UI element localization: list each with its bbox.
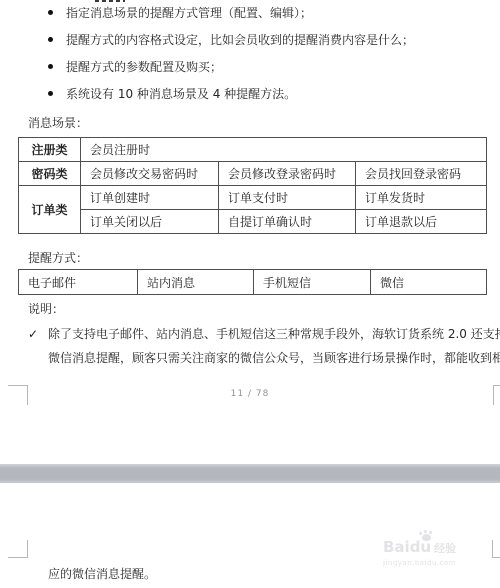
table-cell: 站内消息 bbox=[138, 270, 254, 295]
reminder-section-label: 提醒方式： bbox=[28, 251, 88, 265]
bullet-item: 提醒方式的参数配置及购买； bbox=[48, 60, 222, 74]
watermark-suffix-text: 经验 bbox=[434, 542, 456, 555]
table-row: 电子邮件 站内消息 手机短信 微信 bbox=[19, 270, 487, 295]
page-number: 11 / 78 bbox=[0, 389, 500, 399]
bullet-icon bbox=[48, 37, 53, 42]
table-cell: 订单创建时 bbox=[81, 186, 219, 210]
bullet-item: 系统设有 10 种消息场景及 4 种提醒方法。 bbox=[48, 87, 296, 101]
bullet-item: 指定消息场景的提醒方式管理（配置、编辑）； bbox=[48, 6, 312, 20]
bullet-text: 提醒方式的参数配置及购买； bbox=[66, 60, 222, 74]
bullet-text: 系统设有 10 种消息场景及 4 种提醒方法。 bbox=[66, 87, 296, 101]
table-cell: 订单支付时 bbox=[219, 186, 356, 210]
document-page-view: 指定消息场景的提醒方式管理（配置、编辑）； 提醒方式的内容格式设定，比如会员收到… bbox=[0, 0, 500, 588]
table-cell: 微信 bbox=[371, 270, 487, 295]
table-row: 注册类 会员注册时 bbox=[19, 138, 487, 162]
row-header-order: 订单类 bbox=[19, 186, 81, 234]
watermark-brand-row: Baidu经验 bbox=[383, 536, 493, 558]
table-cell: 会员注册时 bbox=[81, 138, 487, 162]
table-cell: 会员修改交易密码时 bbox=[81, 162, 219, 186]
row-header-password: 密码类 bbox=[19, 162, 81, 186]
table-cell: 订单关闭以后 bbox=[81, 210, 219, 234]
checkmark-icon: ✓ bbox=[28, 327, 38, 341]
table-cell: 订单退款以后 bbox=[356, 210, 487, 234]
table-row: 订单关闭以后 自提订单确认时 订单退款以后 bbox=[19, 210, 487, 234]
clipped-text-fragment bbox=[95, 0, 125, 2]
table-row: 密码类 会员修改交易密码时 会员修改登录密码时 会员找回登录密码 bbox=[19, 162, 487, 186]
table-cell: 电子邮件 bbox=[19, 270, 138, 295]
table-cell: 手机短信 bbox=[254, 270, 371, 295]
bullet-icon bbox=[48, 91, 53, 96]
scenario-table: 注册类 会员注册时 密码类 会员修改交易密码时 会员修改登录密码时 会员找回登录… bbox=[18, 137, 487, 234]
table-cell: 会员找回登录密码 bbox=[356, 162, 487, 186]
notes-section-label: 说明： bbox=[28, 302, 64, 316]
paw-icon bbox=[419, 530, 437, 542]
table-cell: 会员修改登录密码时 bbox=[219, 162, 356, 186]
continuation-text: 应的微信消息提醒。 bbox=[48, 567, 156, 582]
note-text-line: 微信消息提醒，顾客只需关注商家的微信公众号，当顾客进行场景操作时，都能收到相 bbox=[48, 351, 479, 365]
table-cell: 自提订单确认时 bbox=[219, 210, 356, 234]
margin-mark-top-left bbox=[8, 540, 28, 558]
reminder-table: 电子邮件 站内消息 手机短信 微信 bbox=[18, 269, 487, 295]
table-cell: 订单发货时 bbox=[356, 186, 487, 210]
baidu-watermark: Baidu经验 jingyan.baidu.com bbox=[383, 536, 493, 567]
margin-mark-top-right bbox=[492, 540, 500, 558]
table-row: 订单类 订单创建时 订单支付时 订单发货时 bbox=[19, 186, 487, 210]
bullet-icon bbox=[48, 64, 53, 69]
row-header-register: 注册类 bbox=[19, 138, 81, 162]
bullet-item: 提醒方式的内容格式设定，比如会员收到的提醒消费内容是什么； bbox=[48, 33, 414, 47]
note-text-line: 除了支持电子邮件、站内消息、手机短信这三种常规手段外，海软订货系统 2.0 还支… bbox=[48, 327, 479, 341]
bullet-text: 提醒方式的内容格式设定，比如会员收到的提醒消费内容是什么； bbox=[66, 33, 414, 47]
scenario-section-label: 消息场景： bbox=[28, 116, 88, 130]
watermark-url: jingyan.baidu.com bbox=[383, 559, 493, 567]
bullet-icon bbox=[48, 10, 53, 15]
bullet-text: 指定消息场景的提醒方式管理（配置、编辑）； bbox=[66, 6, 312, 20]
page-separator bbox=[0, 464, 500, 483]
